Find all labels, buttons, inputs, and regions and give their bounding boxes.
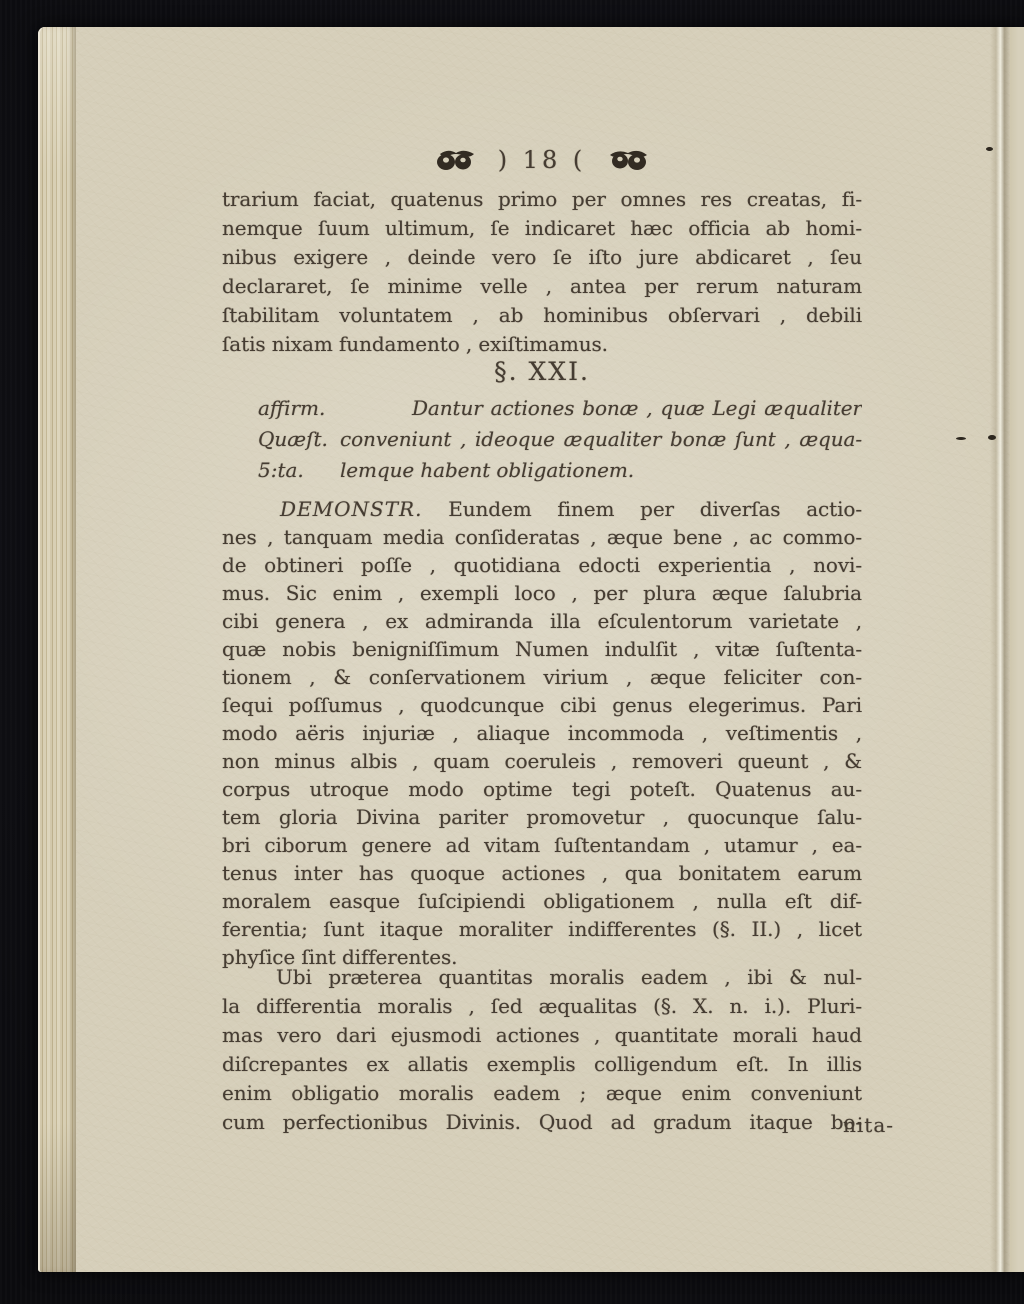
text-line: tenus inter has quoque actiones , qua bo…: [222, 859, 862, 887]
page-right-edge: [1010, 27, 1024, 1272]
text-line: declararet, ſe minime velle , antea per …: [222, 272, 862, 301]
text-line: nemque ſuum ultimum, ſe indicaret hæc of…: [222, 214, 862, 243]
catchword: nita-: [222, 1113, 894, 1137]
margin-note: Quæſt.: [258, 424, 340, 455]
text-line: bri ciborum genere ad vitam ſuſtentandam…: [222, 831, 862, 859]
text-line: tionem , & conſervationem virium , æque …: [222, 663, 862, 691]
text-line: mas vero dari ejusmodi actiones , quanti…: [222, 1021, 862, 1050]
text-line-span: Dantur actiones bonæ , quæ Legi æqualite…: [412, 396, 862, 420]
text-line: ferentia; ſunt itaque moraliter indiffer…: [222, 915, 862, 943]
text-line: corpus utroque modo optime tegi poteſt. …: [222, 775, 862, 803]
text-line: lemque habent obligationem.: [340, 455, 862, 486]
page-edge-stack: [38, 27, 76, 1272]
text-line: quæ nobis benigniſſimum Numen indulſit ,…: [222, 635, 862, 663]
text-line: enim obligatio moralis eadem ; æque enim…: [222, 1079, 862, 1108]
text-line: tem gloria Divina pariter promovetur , q…: [222, 803, 862, 831]
text-line: modo aëris injuriæ , aliaque incommoda ,…: [222, 719, 862, 747]
text-line: non minus albis , quam coeruleis , remov…: [222, 747, 862, 775]
text-line: moralem easque ſuſcipiendi obligationem …: [222, 887, 862, 915]
paragraph-continuation: trarium faciat, quatenus primo per omnes…: [222, 185, 862, 359]
binding-fold: [990, 27, 1010, 1272]
fleuron-ornament-left-icon: [434, 148, 478, 176]
text-line: diſcrepantes ex allatis exemplis collige…: [222, 1050, 862, 1079]
text-line-span: Eundem finem per diverſas actio-: [422, 497, 862, 521]
page-number: ) 18 (: [498, 146, 587, 174]
margin-note: affirm.: [258, 393, 340, 424]
text-line: ſatis nixam fundamento , exiſtimamus.: [222, 330, 862, 359]
text-line: Ubi præterea quantitas moralis eadem , i…: [222, 963, 862, 992]
text-line: trarium faciat, quatenus primo per omnes…: [222, 185, 862, 214]
text-line: nes , tanquam media conſideratas , æque …: [222, 523, 862, 551]
margin-notes: affirm.Quæſt.5:ta.: [222, 393, 340, 486]
paper-speck: [986, 147, 993, 151]
text-line: DEMONSTR. Eundem finem per diverſas acti…: [222, 495, 862, 523]
text-line: ſequi poſſumus , quodcunque cibi genus e…: [222, 691, 862, 719]
scan-background: { "colors":{"background":"#0b0b0e","pape…: [0, 0, 1024, 1304]
text-line: ſtabilitam voluntatem , ab hominibus obſ…: [222, 301, 862, 330]
page-header: ) 18 (: [222, 143, 862, 177]
text-line: nibus exigere , deinde vero ſe iſto jure…: [222, 243, 862, 272]
text-line-span: Ubi præterea quantitas moralis eadem , i…: [276, 965, 862, 989]
paragraph-lead: DEMONSTR.: [280, 497, 422, 521]
text-line: de obtineri poſſe , quotidiana edocti ex…: [222, 551, 862, 579]
text-line: Dantur actiones bonæ , quæ Legi æqualite…: [340, 393, 862, 424]
margin-note: 5:ta.: [258, 455, 340, 486]
book-page: ) 18 ( trarium faciat, quatenus primo pe…: [38, 27, 1024, 1272]
fleuron-ornament-right-icon: [606, 148, 650, 176]
quaestio-block: affirm.Quæſt.5:ta. Dantur actiones bonæ …: [222, 393, 862, 486]
text-line: conveniunt , ideoque æqualiter bonæ ſunt…: [340, 424, 862, 455]
section-heading: §. XXI.: [222, 357, 862, 386]
paragraph-demonstratio: DEMONSTR. Eundem finem per diverſas acti…: [222, 495, 862, 971]
paragraph-ubi-praeterea: Ubi præterea quantitas moralis eadem , i…: [222, 963, 862, 1137]
quaestio-text: Dantur actiones bonæ , quæ Legi æqualite…: [340, 393, 862, 486]
paper-speck: [988, 435, 996, 440]
paper-speck: [956, 437, 966, 440]
text-line: mus. Sic enim , exempli loco , per plura…: [222, 579, 862, 607]
text-line: cibi genera , ex admiranda illa eſculent…: [222, 607, 862, 635]
text-line: la differentia moralis , ſed æqualitas (…: [222, 992, 862, 1021]
